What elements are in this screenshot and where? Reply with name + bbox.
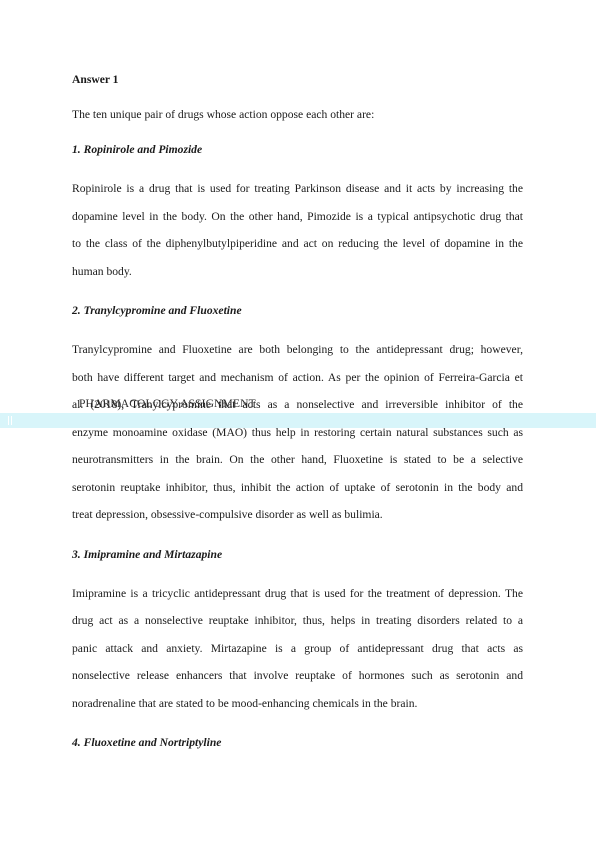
- section-heading: 1. Ropinirole and Pimozide: [72, 140, 523, 159]
- paragraph-line: human body.: [72, 258, 523, 286]
- document-page: PHARMACOLOGY ASSIGNMENT Answer 1 The ten…: [0, 0, 596, 842]
- running-header: PHARMACOLOGY ASSIGNMENT: [79, 397, 256, 410]
- paragraph-line: enzyme monoamine oxidase (MAO) thus help…: [72, 419, 523, 447]
- section-heading: 2. Tranylcypromine and Fluoxetine: [72, 301, 523, 320]
- paragraph-line: dopamine level in the body. On the other…: [72, 203, 523, 231]
- paragraph-line: panic attack and anxiety. Mirtazapine is…: [72, 635, 523, 663]
- sections-container: 1. Ropinirole and PimozideRopinirole is …: [72, 140, 523, 752]
- paragraph-line: both have different target and mechanism…: [72, 364, 523, 392]
- answer-title: Answer 1: [72, 70, 523, 89]
- paragraph-line: noradrenaline that are stated to be mood…: [72, 690, 523, 718]
- section-heading: 3. Imipramine and Mirtazapine: [72, 545, 523, 564]
- paragraph-line: treat depression, obsessive-compulsive d…: [72, 501, 523, 529]
- paragraph-line: serotonin reuptake inhibitor, thus, inhi…: [72, 474, 523, 502]
- section-paragraph: Imipramine is a tricyclic antidepressant…: [72, 580, 523, 718]
- paragraph-line: Ropinirole is a drug that is used for tr…: [72, 175, 523, 203]
- paragraph-line: neurotransmitters in the brain. On the o…: [72, 446, 523, 474]
- paragraph-line: nonselective release enhancers that invo…: [72, 662, 523, 690]
- paragraph-line: Tranylcypromine and Fluoxetine are both …: [72, 336, 523, 364]
- section-heading: 4. Fluoxetine and Nortriptyline: [72, 733, 523, 752]
- paragraph-line: Imipramine is a tricyclic antidepressant…: [72, 580, 523, 608]
- header-marker-icon: [8, 416, 12, 425]
- document-body: Answer 1 The ten unique pair of drugs wh…: [72, 70, 523, 768]
- section-paragraph: Ropinirole is a drug that is used for tr…: [72, 175, 523, 285]
- paragraph-line: drug act as a nonselective reuptake inhi…: [72, 607, 523, 635]
- paragraph-line: to the class of the diphenylbutylpiperid…: [72, 230, 523, 258]
- section-paragraph: Tranylcypromine and Fluoxetine are both …: [72, 336, 523, 529]
- intro-paragraph: The ten unique pair of drugs whose actio…: [72, 105, 523, 124]
